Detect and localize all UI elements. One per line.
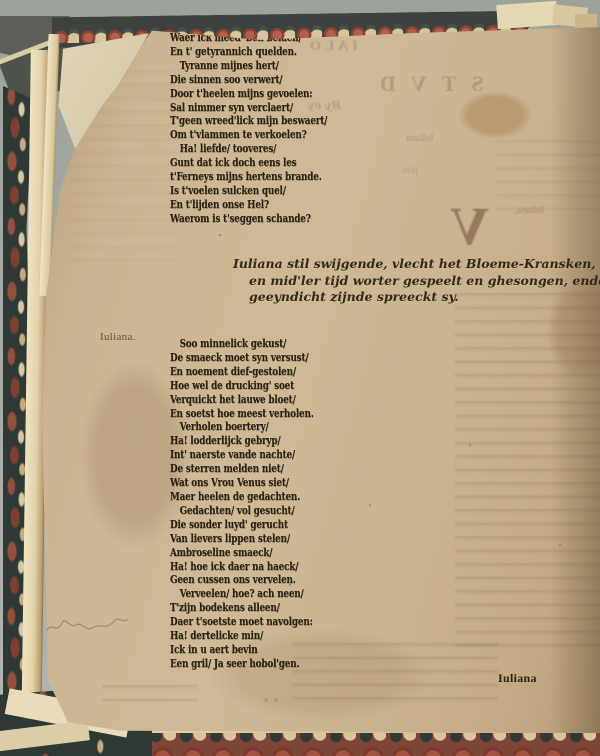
stage-direction-line: geeyndicht zijnde spreeckt sy. [249,289,600,306]
poem-line: Gedachten/ vol gesucht/ [170,504,314,518]
show-through-lines [102,685,197,701]
poem-line: En t' getyrannich quelden. [170,45,327,59]
signature-mark-faint [262,695,282,705]
poem-line: Door t'heelen mijns gevoelen: [170,87,327,101]
page-fragment-top-right [496,1,558,29]
poem-line: Sal nimmer syn verclaert/ [170,101,327,115]
poem-line: Daer t'soetste moet navolgen: [170,615,314,629]
poem-line: En noement dief-gestolen/ [170,365,314,379]
poem-line: Maer heelen de gedachten. [170,490,314,504]
poem-line: Geen cussen ons vervelen. [170,573,314,587]
poem-line: Gunt dat ick doch eens les [170,156,327,170]
poem-line: Verholen boertery/ [170,420,314,434]
margin-note-juliana: Iuliana. [100,331,136,343]
catchword: Iuliana [498,671,537,686]
show-through-title-word: STVD [365,71,484,97]
poem-line: Ha! hoe ick daer na haeck/ [170,560,314,574]
book-photo: IALO STVD By ey Iuliana prio Iuliana, V … [0,0,600,756]
stage-direction-line: en mid'ler tijd worter gespeelt en gheso… [249,273,600,290]
show-through-lines [495,140,600,210]
poem-line: Is t'voelen sulcken quel/ [170,184,327,198]
second-poem: Soo minnelick gekust/De smaeck moet syn … [170,337,350,671]
poem-line: En soetst hoe meest verholen. [170,407,314,421]
poem-line: Ick in u aert bevin [170,643,314,657]
show-through-lines [455,293,600,648]
poem-line: T'geen wreed'lick mijn beswaert/ [170,114,327,128]
poem-line: Ha! liefde/ tooveres/ [170,142,327,156]
poem-line: Een gril/ Ja seer hobol'gen. [170,657,314,671]
poem-line: Die sinnen soo verwert/ [170,73,327,87]
book-page: IALO STVD By ey Iuliana prio Iuliana, V … [40,25,600,735]
poem-line: Soo minnelick gekust/ [170,337,314,351]
poem-line: De smaeck moet syn versust/ [170,351,314,365]
poem-line: Ha! dertelicke min/ [170,629,314,643]
poem-line: De sterren melden niet/ [170,462,314,476]
stage-direction-line: Iuliana stil swijgende, vlecht het Bloem… [233,256,600,273]
poem-line: Verveelen/ hoe? ach neen/ [170,587,314,601]
show-through-margin-note: Iuliana, [514,205,544,216]
poem-line: t'Ferneys mijns hertens brande. [170,170,327,184]
poem-line: T'zijn bodekens alleen/ [170,601,314,615]
handwritten-inscription [42,610,132,642]
first-poem: Waer ick meed' ben belaen/En t' getyrann… [170,31,367,226]
poem-line: Verquickt het lauwe bloet/ [170,393,314,407]
show-through-margin-note: prio [402,165,418,176]
poem-line: Tyranne mijnes hert/ [170,59,327,73]
poem-line: Van lievers lippen stelen/ [170,532,314,546]
poem-line: Hoe wel de drucking' soet [170,379,314,393]
poem-line: Wat ons Vrou Venus siet/ [170,476,314,490]
poem-line: Ambroseline smaeck/ [170,546,314,560]
poem-line: En t'lijden onse Hel? [170,198,327,212]
stage-direction: Iuliana stil swijgende, vlecht het Bloem… [233,256,600,306]
poem-line: Om t'vlammen te verkoelen? [170,128,327,142]
show-through-drop-cap: V [450,195,489,257]
poem-line: Waerom is t'seggen schande? [170,212,327,226]
show-through-margin-note: Iuliana [406,133,434,144]
poem-line: Int' naerste vande nachte/ [170,448,314,462]
poem-line: Ha! lodderlijck gebryp/ [170,434,314,448]
poem-line: Die sonder luyd' gerucht [170,518,314,532]
